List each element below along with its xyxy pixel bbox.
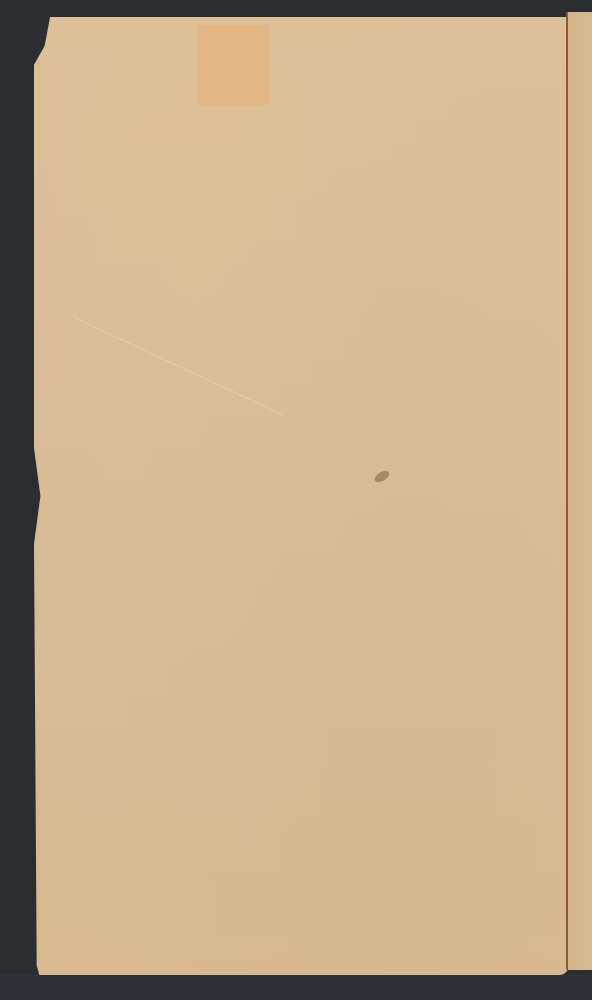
blank-paper-page: [34, 17, 569, 975]
paper-crease: [74, 317, 283, 415]
adjacent-page-edge: [566, 12, 592, 970]
faded-stamp-mark: [197, 25, 269, 105]
scan-background: [0, 975, 592, 1000]
stain-spot: [373, 469, 391, 485]
